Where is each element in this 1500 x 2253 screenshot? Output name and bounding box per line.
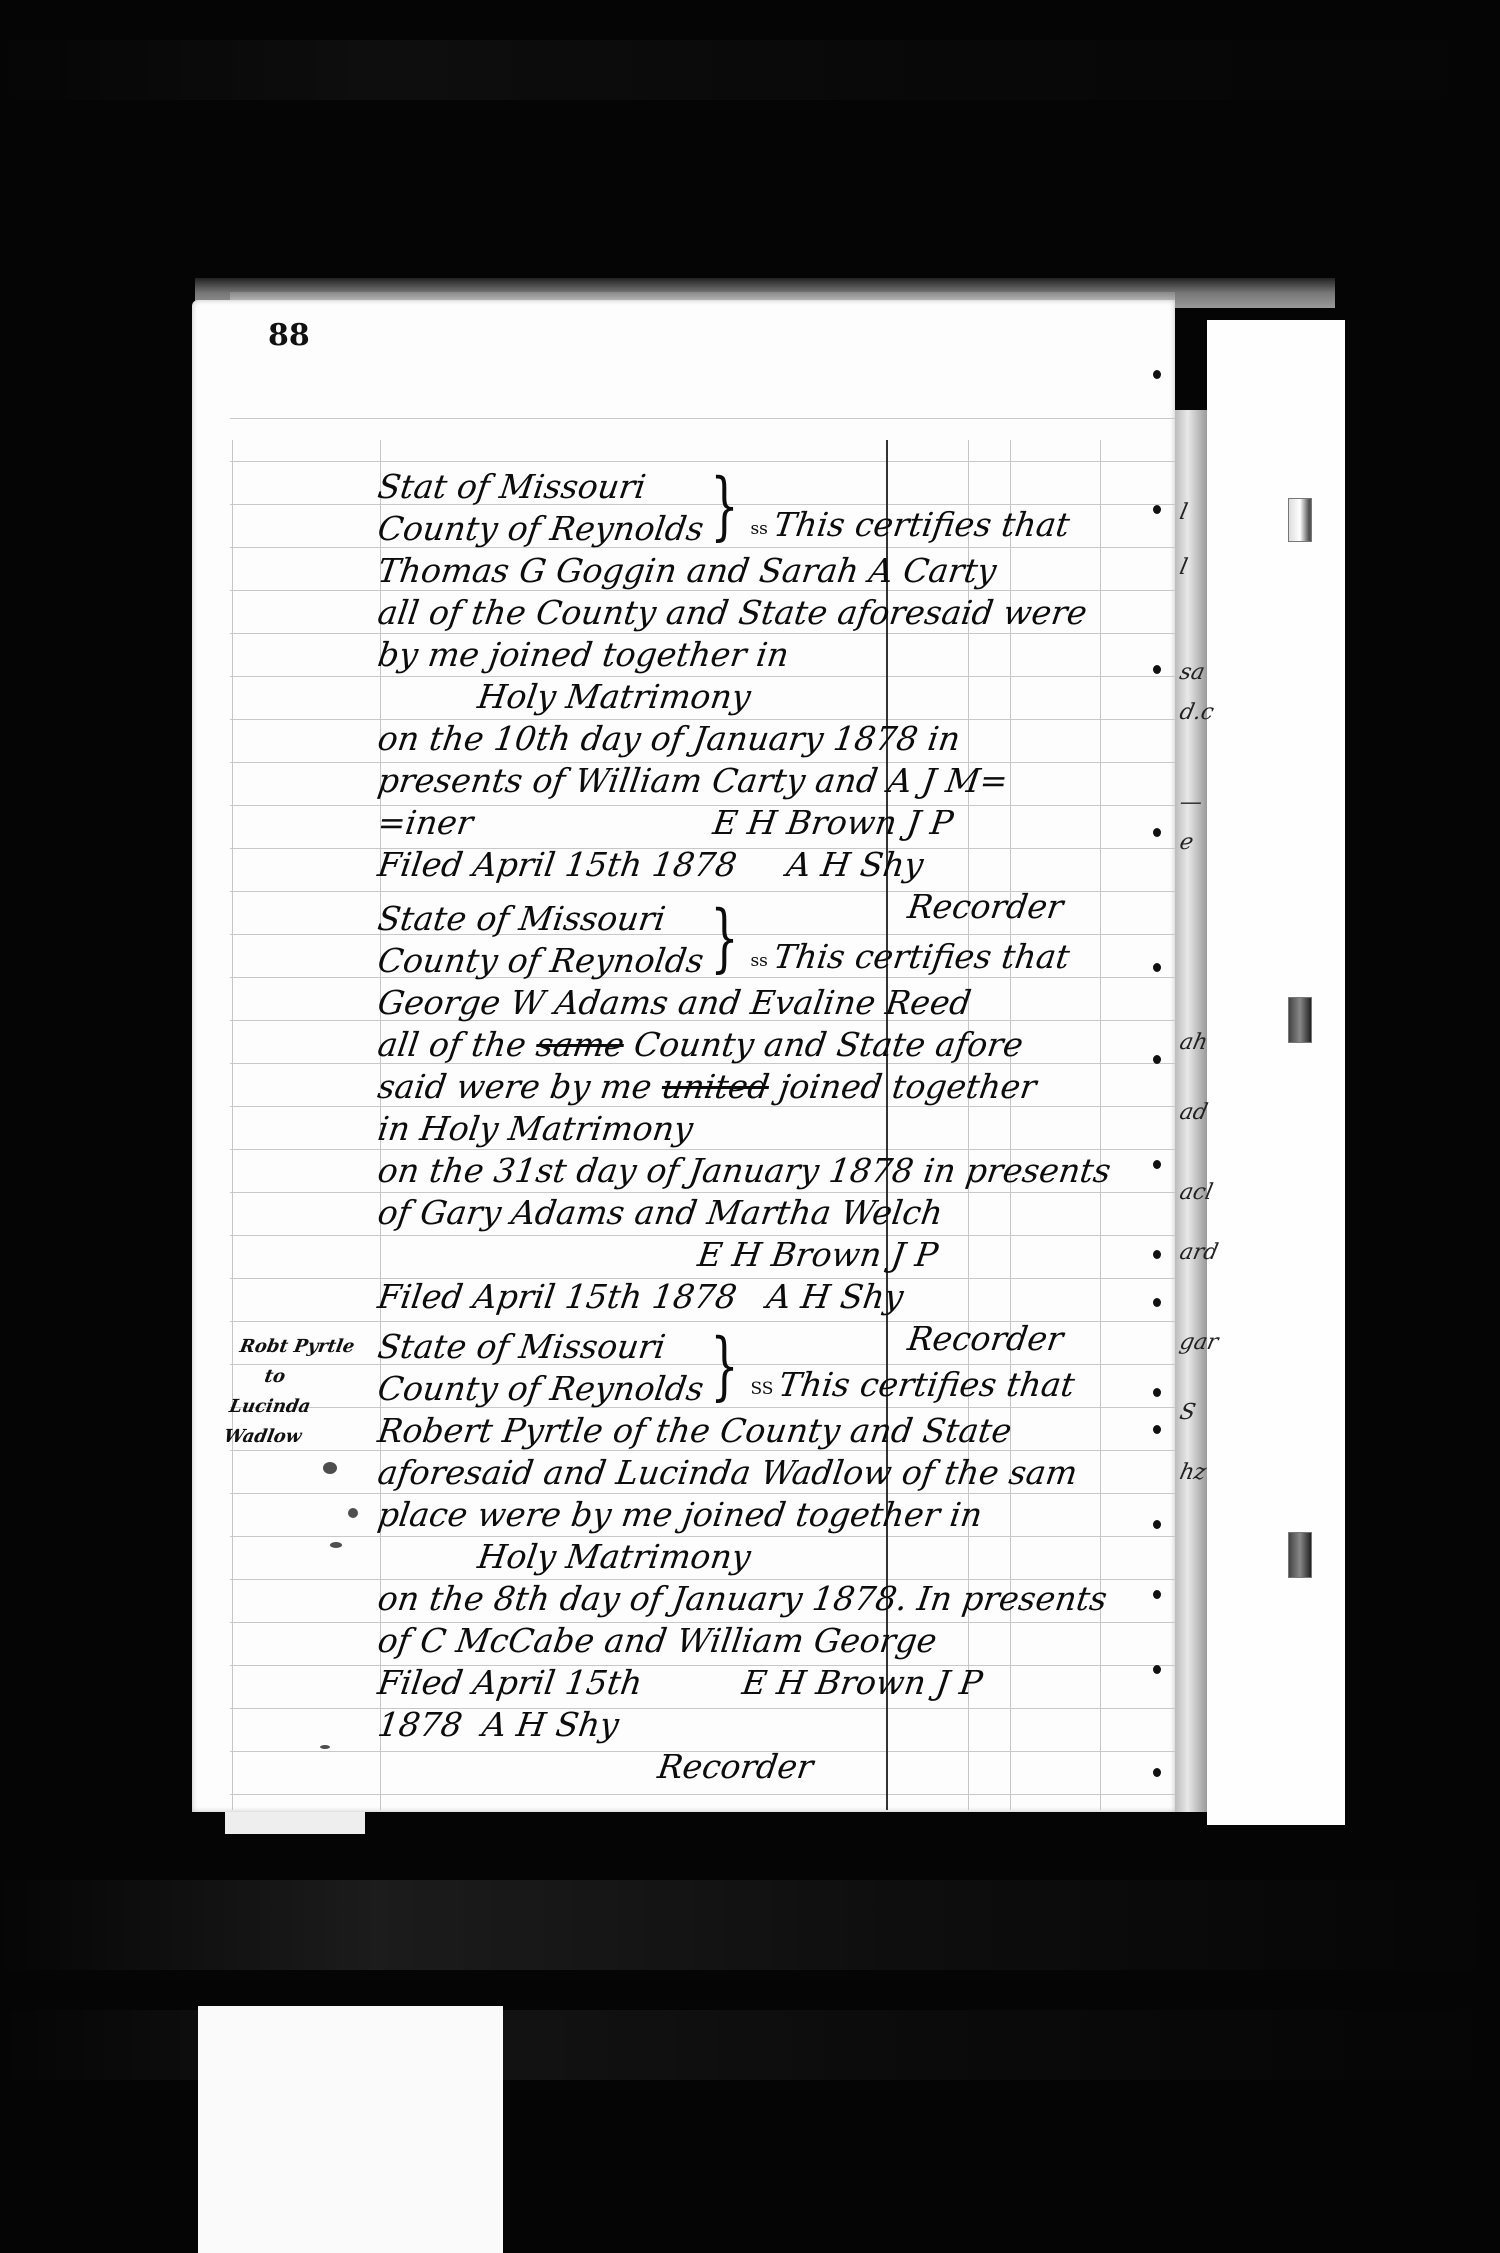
ss-mark: ss xyxy=(750,940,767,982)
entry-line: =iner E H Brown J P xyxy=(375,802,1181,844)
ruled-line xyxy=(230,1794,1175,1795)
entry-line: on the 10th day of January 1878 in xyxy=(375,718,1181,760)
entry-caption: State of Missouri County of Reynolds } s… xyxy=(378,898,1178,982)
margin-note: Robt Pyrtle to Lucinda Wadlow xyxy=(221,1332,392,1452)
officiant-signature: E H Brown J P xyxy=(481,803,956,842)
page-bottom-edge xyxy=(225,1812,365,1834)
gutter-fragment: ah xyxy=(1177,1030,1210,1055)
caption-state: State of Missouri xyxy=(375,1326,706,1368)
gutter-fragment: hz xyxy=(1177,1460,1208,1485)
adjacent-page xyxy=(1207,320,1345,1825)
ruled-line xyxy=(230,418,1175,419)
recorder-title: Recorder xyxy=(375,1746,1181,1788)
filed-line: 1878 A H Shy xyxy=(375,1704,1181,1746)
entry-line: place were by me joined together in xyxy=(375,1494,1181,1536)
entry-line: Thomas G Goggin and Sarah A Carty xyxy=(375,550,1181,592)
recorder-name: A H Shy xyxy=(470,1705,622,1744)
margin-note-groom: Robt Pyrtle xyxy=(237,1332,392,1362)
entry-line: of C McCabe and William George xyxy=(375,1620,1181,1662)
caption-state: Stat of Missouri xyxy=(375,466,706,508)
officiant-signature: E H Brown J P xyxy=(650,1663,985,1702)
brace-glyph: } xyxy=(711,898,739,978)
filed-date: Filed April 15th 1878 xyxy=(375,845,739,884)
entry-line: on the 31st day of January 1878 in prese… xyxy=(375,1150,1181,1192)
entry-line: presents of William Carty and A J M= xyxy=(375,760,1181,802)
film-label-blank xyxy=(198,2006,503,2253)
gutter-fragment: acl xyxy=(1177,1180,1215,1205)
ss-mark: SS xyxy=(750,1368,773,1410)
entry-line: all of the County and State aforesaid we… xyxy=(375,592,1181,634)
recorder-name: A H Shy xyxy=(744,845,926,884)
caption-state: State of Missouri xyxy=(375,898,706,940)
certifies-text: This certifies that xyxy=(776,1364,1077,1406)
caption-county: County of Reynolds xyxy=(375,1368,706,1410)
tab-marker xyxy=(1288,997,1312,1043)
filed-year: 1878 xyxy=(375,1705,464,1744)
film-streak xyxy=(0,1880,1500,1970)
ss-mark: ss xyxy=(750,508,767,550)
marriage-entry: State of Missouri County of Reynolds } S… xyxy=(378,1326,1178,1788)
gutter-fragment: ad xyxy=(1177,1100,1210,1125)
filed-line: Filed April 15th 1878 A H Shy xyxy=(375,844,1181,886)
ruled-line xyxy=(230,461,1175,462)
entry-line-fragment: joined together xyxy=(777,1067,1039,1106)
entry-line: said were by me united joined together xyxy=(375,1066,1181,1108)
tab-marker xyxy=(1288,1532,1312,1578)
entry-line: aforesaid and Lucinda Wadlow of the sam xyxy=(375,1452,1181,1494)
brace-glyph: } xyxy=(711,1326,739,1406)
struck-word: same xyxy=(534,1025,627,1064)
certifies-text: This certifies that xyxy=(771,504,1072,546)
brace-glyph: } xyxy=(711,466,739,546)
entry-line-fragment: said were by me xyxy=(375,1067,654,1106)
margin-note-to: to xyxy=(232,1362,387,1392)
column-rule xyxy=(232,440,233,1810)
entry-line-fragment: all of the xyxy=(375,1025,528,1064)
holy-matrimony: in Holy Matrimony xyxy=(375,1108,1181,1150)
ink-blot xyxy=(330,1542,342,1548)
gutter-fragment: gar xyxy=(1177,1330,1220,1355)
binding-hole xyxy=(1153,370,1161,379)
recorder-name: A H Shy xyxy=(744,1277,906,1316)
holy-matrimony: Holy Matrimony xyxy=(375,676,1181,718)
film-streak xyxy=(0,40,1500,100)
filed-date: Filed April 15th xyxy=(375,1663,644,1702)
caption-county: County of Reynolds xyxy=(375,508,706,550)
entry-line-fragment: County and State afore xyxy=(632,1025,1026,1064)
holy-matrimony: Holy Matrimony xyxy=(375,1536,1181,1578)
caption-county: County of Reynolds xyxy=(375,940,706,982)
entry-line: by me joined together in xyxy=(375,634,1181,676)
filed-line: Filed April 15th 1878 A H Shy xyxy=(375,1276,1181,1318)
marriage-entry: State of Missouri County of Reynolds } s… xyxy=(378,898,1178,1360)
margin-note-bride: Lucinda Wadlow xyxy=(221,1392,382,1452)
ink-blot xyxy=(348,1508,358,1518)
entry-line-fragment: =iner xyxy=(375,803,475,842)
filed-line: Filed April 15th E H Brown J P xyxy=(375,1662,1181,1704)
struck-word: united xyxy=(659,1067,771,1106)
tab-marker xyxy=(1288,498,1312,542)
entry-line: on the 8th day of January 1878. In prese… xyxy=(375,1578,1181,1620)
entry-caption: State of Missouri County of Reynolds } S… xyxy=(378,1326,1178,1410)
entry-caption: Stat of Missouri County of Reynolds } ss… xyxy=(378,466,1178,550)
ink-blot xyxy=(320,1745,330,1749)
entry-line: all of the same County and State afore xyxy=(375,1024,1181,1066)
gutter-fragment: ard xyxy=(1177,1240,1220,1265)
gutter-fragment: d.c xyxy=(1177,700,1216,725)
ink-blot xyxy=(323,1462,337,1474)
marriage-entry: Stat of Missouri County of Reynolds } ss… xyxy=(378,466,1178,928)
filed-date: Filed April 15th 1878 xyxy=(375,1277,739,1316)
page-number: 88 xyxy=(268,318,310,353)
officiant-signature: E H Brown J P xyxy=(375,1234,1181,1276)
entry-line: Robert Pyrtle of the County and State xyxy=(375,1410,1181,1452)
certifies-text: This certifies that xyxy=(771,936,1072,978)
entry-line: George W Adams and Evaline Reed xyxy=(375,982,1181,1024)
entry-line: of Gary Adams and Martha Welch xyxy=(375,1192,1181,1234)
